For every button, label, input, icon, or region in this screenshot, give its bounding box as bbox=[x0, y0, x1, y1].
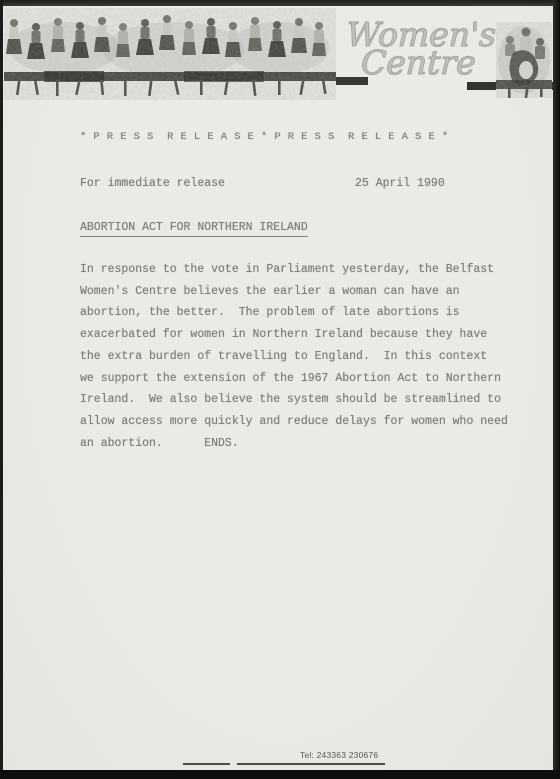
body-paragraph: In response to the vote in Parliament ye… bbox=[80, 259, 520, 454]
body-line: exacerbated for women in Northern Irelan… bbox=[80, 324, 520, 346]
scan-edge-top bbox=[0, 0, 560, 6]
footer-rule-short bbox=[183, 763, 230, 765]
body-line: we support the extension of the 1967 Abo… bbox=[80, 368, 520, 390]
press-release-banner: * P R E S S R E L E A S E * P R E S S R … bbox=[80, 131, 449, 143]
body-line: Women's Centre believes the earlier a wo… bbox=[80, 281, 520, 303]
women-photo-montage-image bbox=[4, 8, 336, 100]
scan-edge-bottom bbox=[0, 770, 560, 779]
body-line: allow access more quickly and reduce del… bbox=[80, 411, 520, 433]
footer-rule-long bbox=[237, 763, 385, 765]
scanned-press-release-page: Women's Centre * P R E S S R E L E A S E… bbox=[0, 0, 560, 779]
women-photo-fragment-image bbox=[496, 22, 552, 98]
scan-edge-left bbox=[0, 0, 3, 779]
headline: ABORTION ACT FOR NORTHERN IRELAND bbox=[80, 221, 308, 237]
body-line: abortion, the better. The problem of lat… bbox=[80, 302, 520, 324]
body-line: an abortion. ENDS. bbox=[80, 433, 520, 455]
scan-edge-right bbox=[553, 0, 560, 779]
release-date: 25 April 1990 bbox=[355, 177, 445, 190]
org-logotype: Women's Centre bbox=[345, 18, 493, 78]
body-line: In response to the vote in Parliament ye… bbox=[80, 259, 520, 281]
org-name-line2: Centre bbox=[345, 48, 492, 78]
footer-telephone: Tel: 243363 230676 bbox=[300, 750, 378, 760]
body-line: Ireland. We also believe the system shou… bbox=[80, 389, 520, 411]
release-line: For immediate release bbox=[80, 177, 225, 190]
body-line: the extra burden of travelling to Englan… bbox=[80, 346, 520, 368]
